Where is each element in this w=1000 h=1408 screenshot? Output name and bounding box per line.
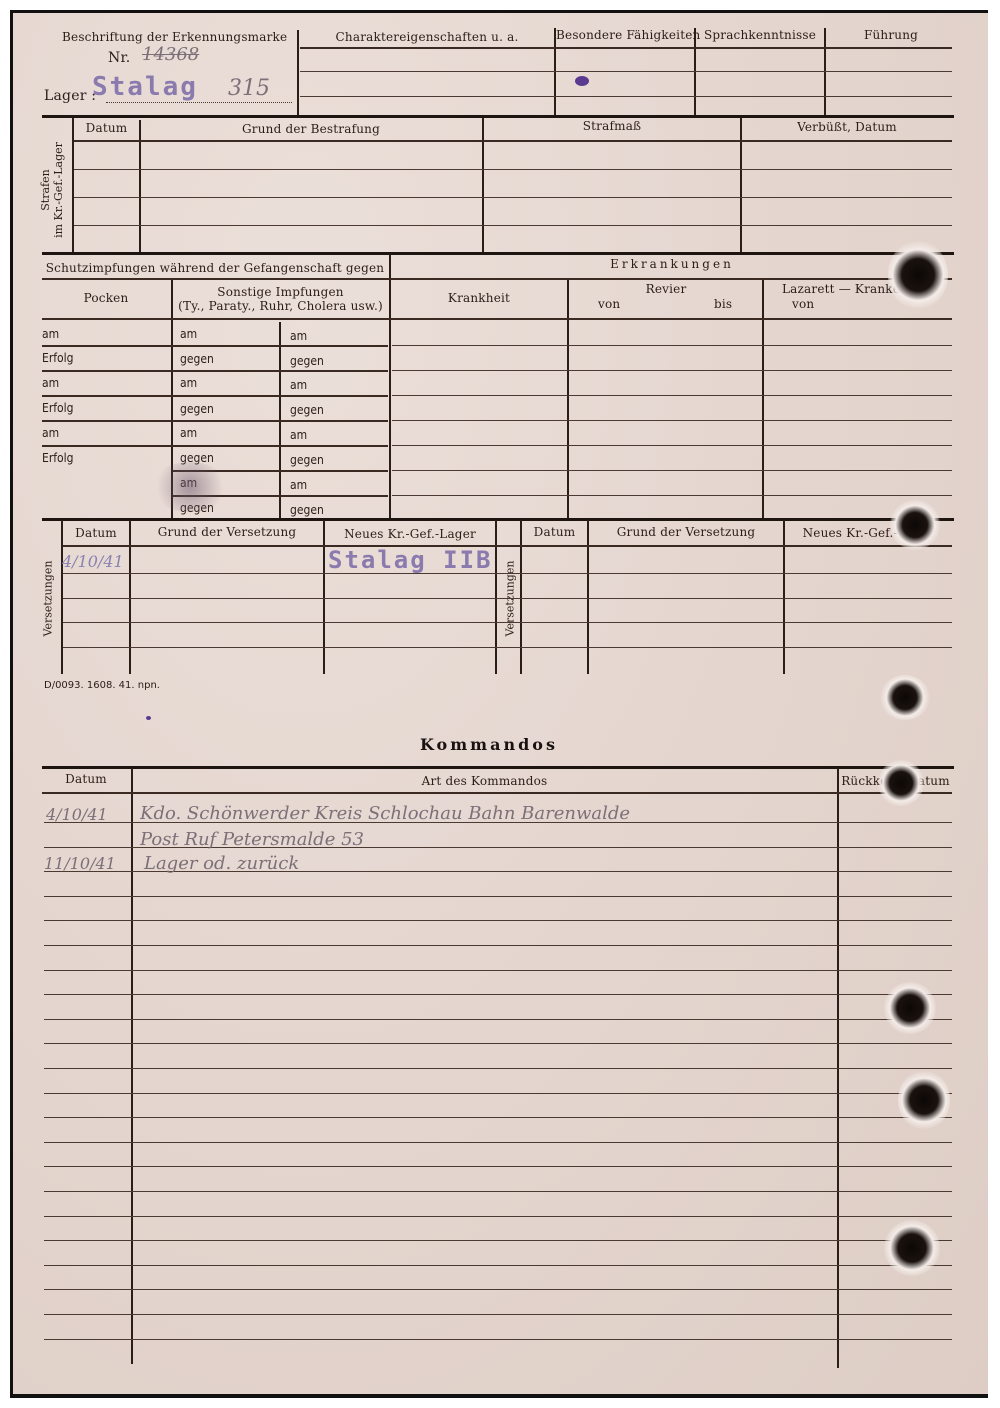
divider <box>297 30 299 116</box>
lazarett-von: von <box>792 297 814 311</box>
rule <box>300 47 952 49</box>
sonstige-a-2: gegen <box>180 352 214 366</box>
rule <box>44 1019 952 1020</box>
versetzungen-side-left: Versetzungen <box>42 549 55 649</box>
lager-stamp: Stalag <box>92 72 198 102</box>
rule <box>74 225 952 226</box>
tag-label: Beschriftung der Erkennungsmarke <box>62 30 287 44</box>
sonstige-b-8: gegen <box>290 503 324 517</box>
vers-entry-lager-stamp: Stalag IIB <box>328 546 493 574</box>
divider <box>129 520 131 674</box>
col-faehigkeiten: Besondere Fähigkeiten <box>556 28 694 42</box>
vers-col-lager: Neues Kr.-Gef.-Lager <box>325 527 495 541</box>
kommandos-title: Kommandos <box>420 735 558 754</box>
rule <box>63 647 952 648</box>
rule <box>392 395 952 396</box>
rule <box>44 1339 952 1340</box>
rule <box>44 945 952 946</box>
form-code: D/0093. 1608. 41. npn. <box>44 680 160 691</box>
punch-hole <box>878 760 924 806</box>
rule <box>392 470 952 471</box>
rule <box>42 420 388 422</box>
divider <box>72 118 74 252</box>
sonstige-b-3: am <box>290 378 307 392</box>
rule <box>300 96 952 97</box>
strafen-col-grund: Grund der Bestrafung <box>141 122 481 136</box>
strafen-side-line1: Strafen <box>39 169 52 210</box>
punch-hole <box>880 675 930 720</box>
rule <box>300 71 952 72</box>
sonstige-a-1: am <box>180 327 197 341</box>
rule <box>44 896 952 897</box>
revier-von: von <box>598 297 620 311</box>
pocken-row-3: am <box>42 376 59 390</box>
rule <box>392 445 952 446</box>
divider <box>762 280 764 518</box>
rule <box>63 573 952 574</box>
section-rule <box>42 115 954 118</box>
divider <box>389 254 391 520</box>
sonstige-a-3: am <box>180 376 197 390</box>
rule <box>44 1191 952 1192</box>
rule <box>63 545 952 547</box>
pow-record-card <box>10 10 988 1398</box>
rule <box>392 420 952 421</box>
vers2-col-datum: Datum <box>522 525 587 539</box>
rule <box>42 370 388 372</box>
punch-hole <box>890 500 940 550</box>
revier-label: Revier <box>570 282 762 296</box>
pocken-row-6: Erfolg <box>42 451 74 465</box>
rule <box>44 970 952 971</box>
strafen-col-datum: Datum <box>74 121 139 135</box>
punch-hole <box>884 1220 940 1276</box>
sonstige-b-4: gegen <box>290 403 324 417</box>
rule <box>44 1093 952 1094</box>
lager-dotted-line <box>106 102 292 103</box>
rule <box>42 395 388 397</box>
section-rule <box>42 766 954 769</box>
rule <box>74 169 952 170</box>
divider <box>61 520 63 674</box>
rule <box>63 598 952 599</box>
sonstige-a-4: gegen <box>180 402 214 416</box>
vers2-col-grund: Grund der Versetzung <box>589 525 783 539</box>
rule <box>42 318 952 320</box>
rule <box>74 140 952 142</box>
col-sprachen: Sprachkenntnisse <box>696 28 824 42</box>
pocken-row-5: am <box>42 426 59 440</box>
sonstige-b-6: gegen <box>290 453 324 467</box>
rule <box>44 1142 952 1143</box>
section-rule <box>42 252 954 255</box>
rule <box>44 1043 952 1044</box>
rule <box>44 1216 952 1217</box>
divider <box>587 520 589 674</box>
kdo-col-datum: Datum <box>42 772 130 786</box>
rule <box>42 792 952 794</box>
nr-label: Nr. <box>108 50 130 66</box>
rule <box>42 345 388 347</box>
ink-dot <box>146 716 151 720</box>
rule <box>44 1314 952 1315</box>
kdo-entry-3-art: Lager od. zurück <box>144 853 299 874</box>
punch-hole <box>884 982 936 1034</box>
lager-handwritten: 315 <box>228 76 270 101</box>
pocken-row-2: Erfolg <box>42 351 74 365</box>
vers-col-datum: Datum <box>63 526 129 540</box>
sonstige-a-5: am <box>180 426 197 440</box>
rule <box>44 1117 952 1118</box>
sonstige-b-1: am <box>290 329 307 343</box>
erkrankungen-title: Erkrankungen <box>392 257 952 271</box>
divider <box>520 520 522 674</box>
section-rule <box>42 518 954 521</box>
rule <box>44 1240 952 1241</box>
strafen-col-strafmass: Strafmaß <box>484 119 740 133</box>
rule <box>44 1265 952 1266</box>
kdo-entry-1-art: Kdo. Schönwerder Kreis Schlochau Bahn Ba… <box>140 803 630 824</box>
sonstige-b-2: gegen <box>290 354 324 368</box>
fingerprint-smudge <box>150 462 230 512</box>
col-fuehrung: Führung <box>826 28 956 42</box>
rule <box>74 197 952 198</box>
revier-bis: bis <box>714 297 732 311</box>
kdo-entry-1-datum: 4/10/41 <box>46 805 108 824</box>
rule <box>42 445 388 447</box>
rule <box>44 1166 952 1167</box>
divider <box>482 118 484 252</box>
rule <box>44 920 952 921</box>
pocken-row-4: Erfolg <box>42 401 74 415</box>
pocken-row-1: am <box>42 327 59 341</box>
strafen-side-label: Strafen im Kr.-Gef.-Lager <box>39 130 65 250</box>
col-charakter: Charaktereigenschaften u. a. <box>300 30 554 44</box>
punch-hole <box>888 240 948 310</box>
divider <box>323 520 325 674</box>
rule <box>392 370 952 371</box>
sonstige-label-1: Sonstige Impfungen <box>173 285 388 299</box>
divider <box>131 768 133 1364</box>
strafen-side-line2: im Kr.-Gef.-Lager <box>52 142 65 238</box>
rule <box>44 994 952 995</box>
rule <box>63 622 952 623</box>
lager-label: Lager : <box>44 88 96 104</box>
divider <box>495 520 497 674</box>
sonstige-b-5: am <box>290 428 307 442</box>
kdo-entry-2-art: Post Ruf Petersmalde 53 <box>140 829 364 850</box>
strafen-col-verbuesst: Verbüßt, Datum <box>742 120 952 134</box>
rule <box>42 278 952 280</box>
ink-blot <box>575 76 589 86</box>
divider <box>740 118 742 252</box>
krankheit-label: Krankheit <box>392 291 566 305</box>
sonstige-b-7: am <box>290 478 307 492</box>
sonstige-label-2: (Ty., Paraty., Ruhr, Cholera usw.) <box>173 299 388 313</box>
divider <box>567 280 569 518</box>
rule <box>44 1289 952 1290</box>
vers-entry-datum: 4/10/41 <box>62 552 124 571</box>
rule <box>392 345 952 346</box>
rule <box>392 495 952 496</box>
kdo-col-art: Art des Kommandos <box>133 774 836 788</box>
pocken-label: Pocken <box>42 291 170 305</box>
vers-col-grund: Grund der Versetzung <box>131 525 323 539</box>
kdo-entry-3-datum: 11/10/41 <box>44 854 116 873</box>
nr-value: 14368 <box>142 44 199 65</box>
impfungen-title: Schutzimpfungen während der Gefangenscha… <box>42 261 388 275</box>
rule <box>44 1068 952 1069</box>
divider <box>783 520 785 674</box>
punch-hole <box>898 1070 950 1130</box>
